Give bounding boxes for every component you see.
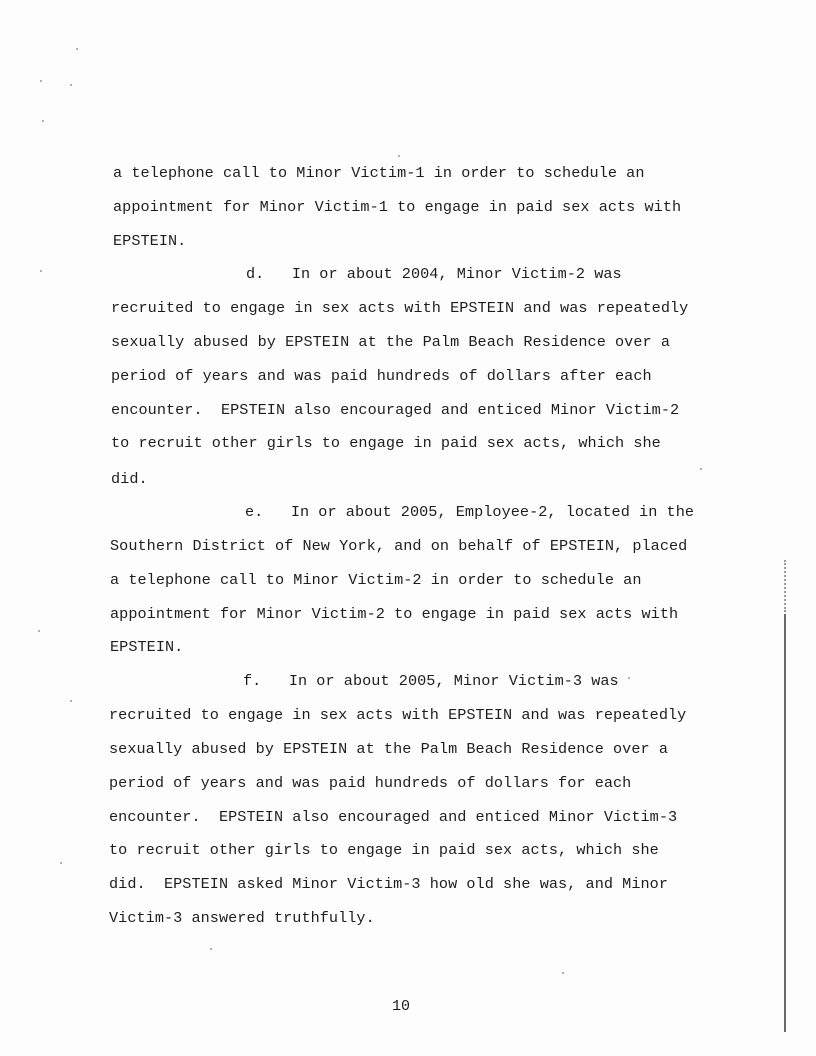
text-line: sexually abused by EPSTEIN at the Palm B… — [111, 333, 670, 351]
scan-speck — [38, 630, 40, 632]
text-line: period of years and was paid hundreds of… — [111, 367, 652, 385]
paragraph-f-first-line: f. In or about 2005, Minor Victim-3 was — [243, 672, 619, 690]
text-line: EPSTEIN. — [113, 232, 186, 250]
scan-speck — [40, 80, 42, 82]
scan-speck — [40, 270, 42, 272]
scan-speck — [76, 48, 78, 50]
text-line: did. EPSTEIN asked Minor Victim-3 how ol… — [109, 875, 668, 893]
text-line: did. — [111, 470, 148, 488]
scan-margin-dots — [784, 560, 788, 612]
scan-speck — [70, 700, 72, 702]
text-line: recruited to engage in sex acts with EPS… — [111, 299, 688, 317]
scan-speck — [700, 468, 702, 470]
page-number: 10 — [392, 998, 410, 1015]
text-line: period of years and was paid hundreds of… — [109, 774, 631, 792]
scan-margin-line — [784, 614, 786, 1032]
scan-speck — [60, 862, 62, 864]
text-line: a telephone call to Minor Victim-2 in or… — [110, 571, 642, 589]
scan-speck — [398, 155, 400, 157]
scan-speck — [210, 948, 212, 950]
text-line: EPSTEIN. — [110, 638, 183, 656]
scan-speck — [70, 84, 72, 86]
paragraph-e-first-line: e. In or about 2005, Employee-2, located… — [245, 503, 694, 521]
text-line: to recruit other girls to engage in paid… — [109, 841, 659, 859]
text-line: appointment for Minor Victim-1 to engage… — [113, 198, 681, 216]
text-line: a telephone call to Minor Victim-1 in or… — [113, 164, 645, 182]
text-line: appointment for Minor Victim-2 to engage… — [110, 605, 678, 623]
paragraph-d-first-line: d. In or about 2004, Minor Victim-2 was — [246, 265, 622, 283]
text-line: recruited to engage in sex acts with EPS… — [109, 706, 686, 724]
text-line: to recruit other girls to engage in paid… — [111, 434, 661, 452]
text-line: sexually abused by EPSTEIN at the Palm B… — [109, 740, 668, 758]
scan-speck — [628, 677, 630, 679]
text-line: encounter. EPSTEIN also encouraged and e… — [111, 401, 679, 419]
scan-speck — [562, 972, 564, 974]
text-line: encounter. EPSTEIN also encouraged and e… — [109, 808, 677, 826]
document-page: a telephone call to Minor Victim-1 in or… — [0, 0, 816, 1056]
text-line: Southern District of New York, and on be… — [110, 537, 687, 555]
text-line: Victim-3 answered truthfully. — [109, 909, 375, 927]
scan-speck — [42, 120, 44, 122]
